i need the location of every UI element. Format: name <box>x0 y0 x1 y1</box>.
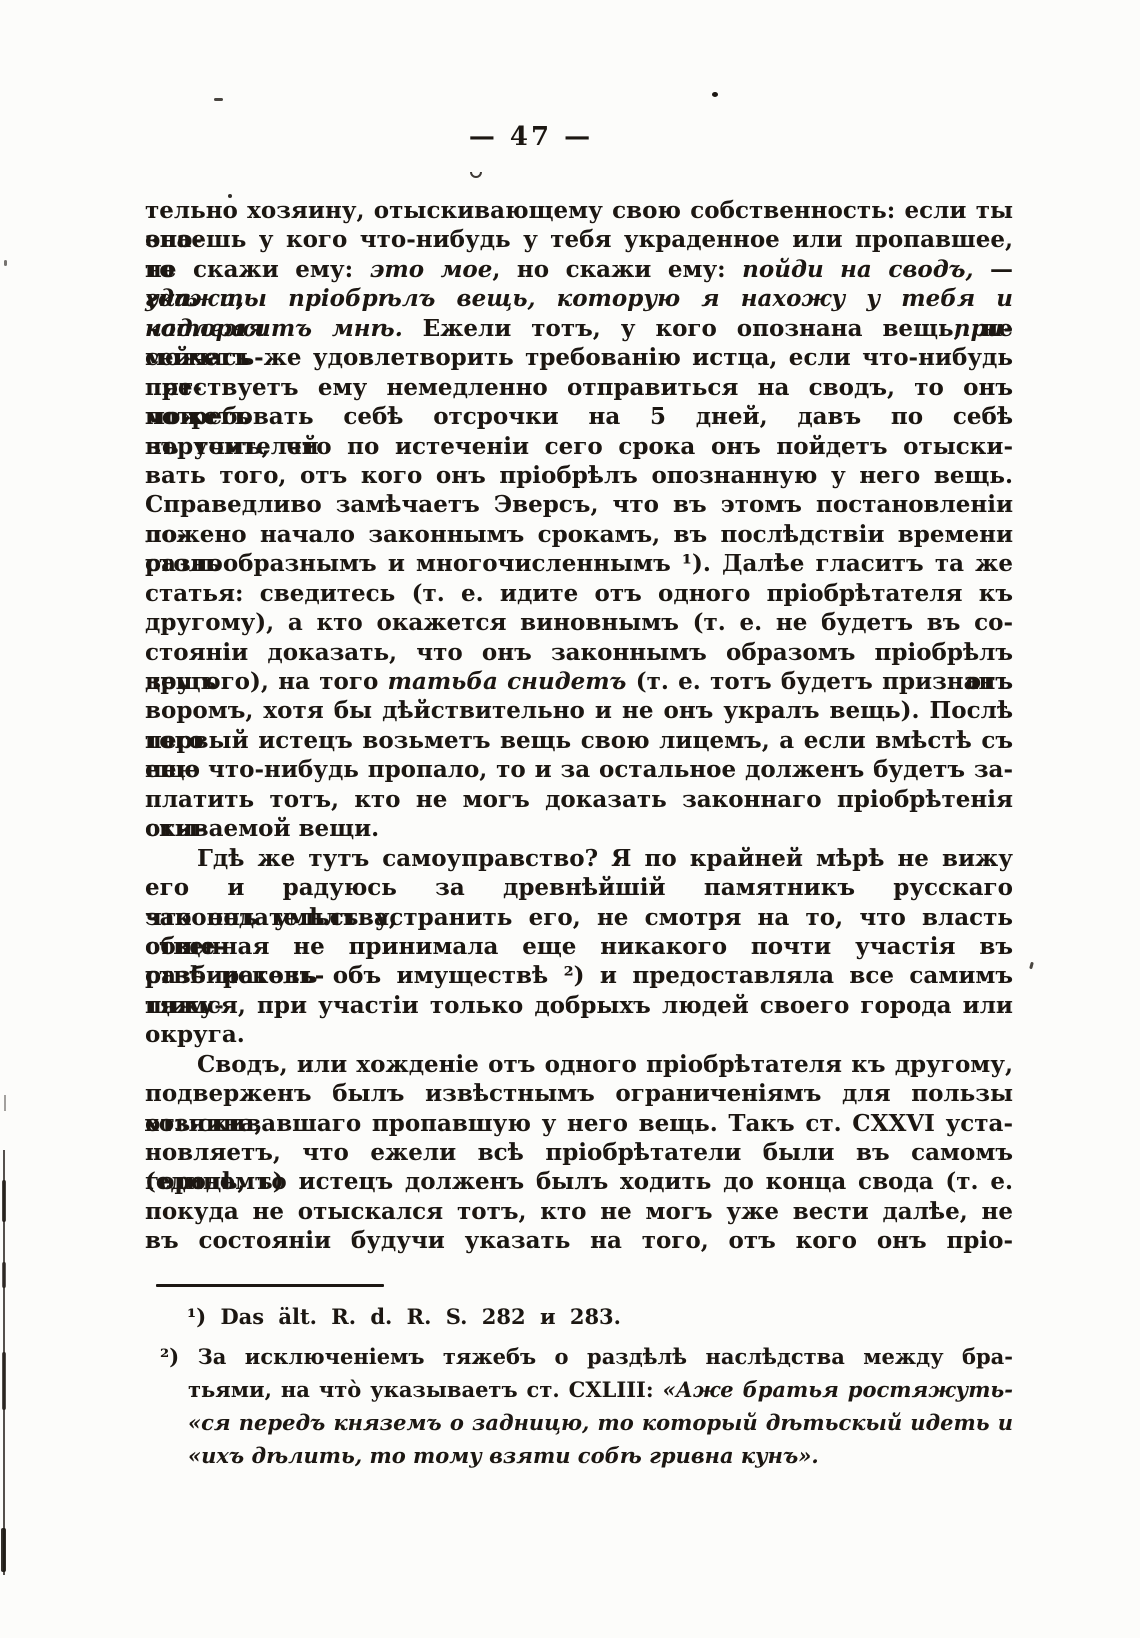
scan-edge-mark <box>4 1095 6 1111</box>
text-line: ¹) Das ält. R. d. R. S. 282 и 283. <box>145 1300 1013 1333</box>
ink-speck <box>712 92 718 97</box>
text-line: новляетъ, что ежели всѣ пріобрѣтатели бы… <box>145 1138 1013 1167</box>
text-line: надлежитъ мнѣ. Ежели тотъ, у кого опозна… <box>145 314 1013 343</box>
text-line: вать того, отъ кого онъ пріобрѣлъ опозна… <box>145 461 1013 490</box>
text-line: Сводъ, или хожденіе отъ одного пріобрѣта… <box>145 1050 1013 1079</box>
text-line: еще что-нибудь пропало, то и за остально… <box>145 755 1013 784</box>
text-line: пятствуетъ ему немедленно отправиться на… <box>145 373 1013 402</box>
text-line: стояніи доказать, что онъ законнымъ обра… <box>145 638 1013 667</box>
book-page-scan: — 47 — тельно хозяину, отыскивающему сво… <box>0 0 1140 1638</box>
scan-edge-mark <box>2 1352 6 1410</box>
text-line: Справедливо замѣчаетъ Эверсъ, что въ это… <box>145 490 1013 519</box>
text-line: статья: сведитесь (т. е. идите отъ одног… <box>145 579 1013 608</box>
text-line: его и радуюсь за древнѣйшій памятникъ ру… <box>145 873 1013 902</box>
text-line: воромъ, хотя бы дѣйствительно и не онъ у… <box>145 696 1013 725</box>
text-line: гдѣ ты пріобрѣлъ вещь, которую я нахожу … <box>145 284 1013 313</box>
text-line: потребовать себѣ отсрочки на 5 дней, дав… <box>145 402 1013 431</box>
text-line: округа. <box>145 1020 1013 1049</box>
scan-edge-mark <box>1 1528 6 1572</box>
text-line: что онъ умѣлъ устранить его, не смотря н… <box>145 903 1013 932</box>
text-line: Гдѣ же тутъ самоуправство? Я по крайней … <box>145 844 1013 873</box>
ink-smudge <box>470 172 482 178</box>
text-line: покуда не отыскался тотъ, кто не могъ уж… <box>145 1197 1013 1226</box>
text-line: «ихъ дѣлить, то тому взяти собѣ гривна к… <box>145 1439 1013 1472</box>
text-line: знаешь у кого что-нибудь у тебя украденн… <box>145 225 1013 254</box>
text-line: другого), на того татьба снидетъ (т. е. … <box>145 667 1013 696</box>
text-line: ложено начало законнымъ срокамъ, въ посл… <box>145 520 1013 549</box>
scan-edge-mark <box>2 1180 6 1222</box>
text-line: щимся, при участіи только добрыхъ людей … <box>145 991 1013 1020</box>
text-line: не скажи ему: это мое, но скажи ему: пой… <box>145 255 1013 284</box>
text-line: другому), а кто окажется виновнымъ (т. е… <box>145 608 1013 637</box>
text-line: тельно хозяину, отыскивающему свою собст… <box>145 196 1013 225</box>
ink-speck <box>228 194 232 198</box>
page-number: — 47 — <box>0 122 1062 152</box>
text-line: ²) За исключеніемъ тяжебъ о раздѣлѣ насл… <box>145 1340 1013 1373</box>
text-line: городѣ, то истецъ долженъ былъ ходить до… <box>145 1167 1013 1196</box>
ink-speck <box>4 260 7 266</box>
text-line: платить тотъ, кто не могъ доказать закон… <box>145 785 1013 814</box>
text-line: въ томъ, что по истеченіи сего срока онъ… <box>145 432 1013 461</box>
text-line: тьями, на что̀ указываетъ ст. CXLIII: «А… <box>145 1373 1013 1406</box>
text-line: первый истецъ возьметъ вещь свою лицемъ,… <box>145 726 1013 755</box>
text-line: подверженъ былъ извѣстнымъ ограниченіямъ… <box>145 1079 1013 1108</box>
footnote-separator-rule <box>156 1284 384 1287</box>
text-line: въ состояніи будучи указать на того, отъ… <box>145 1226 1013 1255</box>
ink-speck <box>1029 962 1034 970</box>
text-line: отыскивавшаго пропавшую у него вещь. Так… <box>145 1109 1013 1138</box>
scan-edge-mark <box>2 1262 6 1288</box>
text-line: ственная не принимала еще никакого почти… <box>145 932 1013 961</box>
text-line: разнообразнымъ и многочисленнымъ ¹). Дал… <box>145 549 1013 578</box>
text-line: «ся передъ княземъ о задницю, то который… <box>145 1406 1013 1439</box>
ink-speck <box>214 98 223 101</box>
text-line: скиваемой вещи. <box>145 814 1013 843</box>
footnotes: ¹) Das ält. R. d. R. S. 282 и 283.²) За … <box>145 1300 1013 1472</box>
body-text: тельно хозяину, отыскивающему свою собст… <box>145 196 1013 1256</box>
text-line: сейчасъ-же удовлетворить требованію истц… <box>145 343 1013 372</box>
text-line: ствѣ исковъ объ имуществѣ ²) и предостав… <box>145 961 1013 990</box>
